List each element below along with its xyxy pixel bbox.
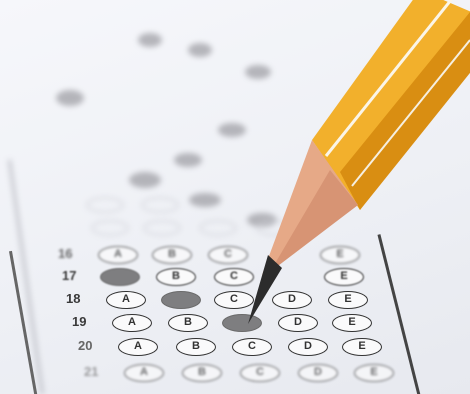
bubble-17-c[interactable]: C (214, 268, 254, 286)
bubble-19-c[interactable]: C (222, 314, 262, 332)
bubble-21-e[interactable]: E (354, 364, 394, 382)
bubble-18-c[interactable]: C (214, 291, 254, 309)
bubble-16-a[interactable]: A (98, 246, 138, 264)
bubble-18-d[interactable]: D (272, 291, 312, 309)
bubble-17-b[interactable]: B (156, 268, 196, 286)
bubble-21-c[interactable]: C (240, 364, 280, 382)
bubble-17-e[interactable]: E (324, 268, 364, 286)
bubble-20-d[interactable]: D (288, 338, 328, 356)
bubble-19-e[interactable]: E (332, 314, 372, 332)
bubble-18-e[interactable]: E (328, 291, 368, 309)
bubble-19-a[interactable]: A (112, 314, 152, 332)
bubble-20-b[interactable]: B (176, 338, 216, 356)
bubble-16-e[interactable]: E (320, 246, 360, 264)
bubble-21-a[interactable]: A (124, 364, 164, 382)
bubble-16-c[interactable]: C (208, 246, 248, 264)
photo-scene: 16 A B C E 17 A B C E 18 A B C D E 19 A … (0, 0, 470, 394)
bubble-19-d[interactable]: D (278, 314, 318, 332)
bubble-21-d[interactable]: D (298, 364, 338, 382)
bubble-16-b[interactable]: B (152, 246, 192, 264)
bubble-20-a[interactable]: A (118, 338, 158, 356)
bubble-17-a[interactable]: A (100, 268, 140, 286)
bubble-20-e[interactable]: E (342, 338, 382, 356)
bubble-21-b[interactable]: B (182, 364, 222, 382)
answer-rows: 16 A B C E 17 A B C E 18 A B C D E 19 A … (0, 0, 470, 394)
bubble-20-c[interactable]: C (232, 338, 272, 356)
bubble-18-b[interactable]: B (161, 291, 201, 309)
sheet-left-border (9, 251, 38, 394)
bubble-19-b[interactable]: B (168, 314, 208, 332)
bubble-18-a[interactable]: A (106, 291, 146, 309)
